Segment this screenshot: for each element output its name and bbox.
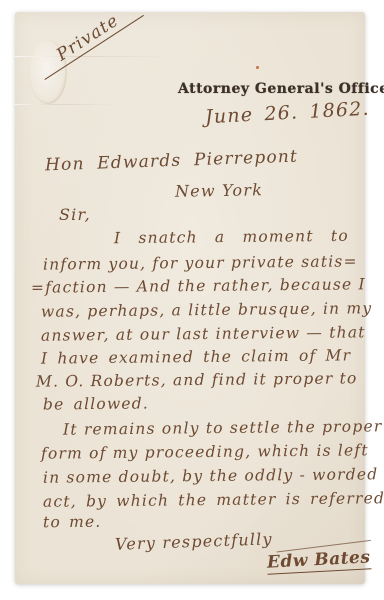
letter-body-line: I have examined the claim of Mr xyxy=(41,346,351,367)
letter-body-line: It remains only to settle the proper xyxy=(63,417,383,438)
letter-body-line: in some doubt, by the oddly - worded xyxy=(43,465,378,487)
letterhead-office-title: Attorney General's Office, xyxy=(178,81,384,97)
letter-body-line: I snatch a moment to xyxy=(114,227,349,247)
letter-body-line: answer, at our last interview — that xyxy=(41,323,366,344)
foxing-spot xyxy=(256,66,259,69)
letter-body-line: form of my proceeding, which is left xyxy=(41,441,369,462)
letter-body-line: to me. xyxy=(43,513,102,532)
letter-body-line: =faction — And the rather, because I xyxy=(31,275,366,297)
letter-body-line: M. O. Roberts, and find it proper to xyxy=(36,369,358,390)
recipient-city: New York xyxy=(175,180,263,201)
letter-paper: Private Attorney General's Office, June … xyxy=(15,12,365,584)
paper-crease xyxy=(15,104,120,105)
valediction: Very respectfully xyxy=(115,529,273,553)
scan-background: Private Attorney General's Office, June … xyxy=(0,0,384,600)
letter-body-line: inform you, for your private satis= xyxy=(43,252,358,273)
letter-body-line: was, perhaps, a little brusque, in my xyxy=(41,299,372,320)
salutation: Sir, xyxy=(59,205,91,224)
letter-body-line: act, by which the matter is referred xyxy=(43,489,384,511)
letter-body-line: be allowed. xyxy=(43,394,149,413)
letter-date: June 26. 1862. xyxy=(205,98,371,129)
signature-edw-bates: Edw Bates xyxy=(266,547,371,574)
recipient-name: Hon Edwards Pierrepont xyxy=(45,147,299,176)
